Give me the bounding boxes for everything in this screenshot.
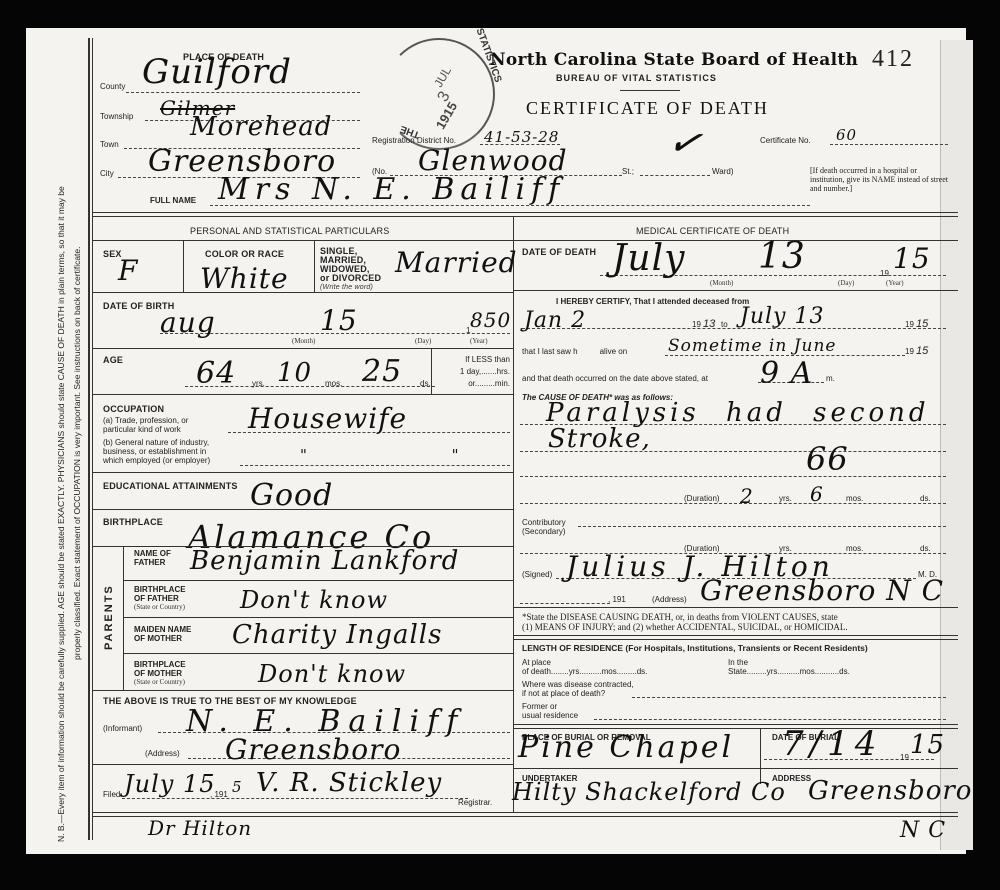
rule <box>513 240 958 241</box>
header-rule <box>620 90 680 91</box>
occupation-b-line <box>240 465 510 466</box>
undertaker-value: Hilty Shackelford Co <box>512 778 786 806</box>
less-than-label: If LESS than <box>436 354 510 366</box>
township-value: Morehead <box>190 112 332 142</box>
father-birthplace-value: Don't know <box>240 586 388 614</box>
father-name-label: NAME OF FATHER <box>134 549 171 567</box>
duration-ds-label: ds. <box>920 494 931 503</box>
burial-year-prefix: 19 <box>900 753 909 762</box>
medical-section-title: MEDICAL CERTIFICATE OF DEATH <box>636 226 789 236</box>
dob-day: 15 <box>320 304 358 337</box>
footnote-line1: *State the DISEASE CAUSING DEATH, or, in… <box>522 612 848 622</box>
rule <box>123 617 513 618</box>
bureau-title: BUREAU OF VITAL STATISTICS <box>556 73 717 83</box>
signed-label: (Signed) <box>522 570 552 579</box>
duration-years: 2 <box>740 484 754 508</box>
minutes-label: or.........min. <box>436 378 510 390</box>
death-year: 15 <box>893 242 931 275</box>
ds-label: ds. <box>420 379 431 388</box>
rule <box>123 653 513 654</box>
age-years: 64 <box>196 356 236 391</box>
county-value: Guilford <box>142 52 292 92</box>
hours-label: 1 day,.......hrs. <box>436 366 510 378</box>
marital-label-divorced: or DIVORCED <box>320 274 381 283</box>
occupation-a-line1: (a) Trade, profession, or <box>103 416 188 425</box>
education-value: Good <box>250 478 333 513</box>
mother-name-label: MAIDEN NAME OF MOTHER <box>134 625 191 643</box>
death-month: July <box>612 238 685 279</box>
rule <box>513 635 958 640</box>
rule <box>513 290 958 291</box>
residence-label: LENGTH OF RESIDENCE (For Hospitals, Inst… <box>522 643 868 653</box>
certificate-no-line <box>830 144 948 145</box>
sig-year-prefix: , 191 <box>608 595 626 604</box>
attended-from: Jan 2 <box>524 308 586 333</box>
divider <box>431 348 432 394</box>
file-number: 412 <box>872 46 914 73</box>
form-left-border-inner <box>92 38 93 840</box>
father-birthplace-label-line2: OF FATHER <box>134 594 186 603</box>
at-place-line1: At place <box>522 658 647 667</box>
birthplace-label: BIRTHPLACE <box>103 517 163 527</box>
certify-text: I HEREBY CERTIFY, That I attended deceas… <box>556 297 749 306</box>
race-label: COLOR OR RACE <box>205 249 284 259</box>
last-saw-alive: alive on <box>600 347 628 356</box>
contracted-line1: Where was disease contracted, <box>522 680 634 689</box>
mother-birthplace-label-line1: BIRTHPLACE <box>134 660 186 669</box>
occupation-value: Housewife <box>248 402 407 435</box>
mos-label: mos. <box>325 379 342 388</box>
duration-label: (Duration) <box>684 494 720 503</box>
filed-date: July 15 <box>124 770 215 798</box>
death-year-hint: (Year) <box>886 279 904 287</box>
divider <box>760 728 761 784</box>
rule <box>92 240 513 241</box>
occupation-b-labels: (b) General nature of industry, business… <box>103 438 210 465</box>
rule <box>513 607 958 608</box>
last-saw-year-prefix: 19 <box>905 347 914 356</box>
contrib-ds-label: ds. <box>920 544 931 553</box>
certificate-no-label: Certificate No. <box>760 136 811 145</box>
city-label: City <box>100 169 114 178</box>
occupation-a-line2: particular kind of work <box>103 425 188 434</box>
divider <box>314 240 315 292</box>
physician-address: Greensboro N C <box>700 574 944 607</box>
contributory-label-text: Contributory <box>522 518 566 527</box>
father-birthplace-label-line1: BIRTHPLACE <box>134 585 186 594</box>
last-saw-label: that I last saw halive on <box>522 347 627 356</box>
former-line <box>594 719 946 720</box>
mother-birthplace-label: BIRTHPLACE OF MOTHER (State or Country) <box>134 660 186 687</box>
father-label-line1: NAME OF <box>134 549 171 558</box>
burial-date-value: 7/14 <box>782 724 882 764</box>
last-saw-year: 15 <box>916 345 928 357</box>
rule <box>92 394 513 395</box>
death-time-label: and that death occurred on the date abov… <box>522 374 708 383</box>
mother-birthplace-label-line2: OF MOTHER <box>134 669 186 678</box>
mother-birthplace-hint: (State or Country) <box>134 678 186 687</box>
rule <box>92 764 513 765</box>
last-saw-date: Sometime in June <box>668 336 836 356</box>
secondary-label-text: (Secondary) <box>522 527 566 536</box>
filed-line <box>122 798 468 799</box>
st-label: St.; <box>622 167 634 176</box>
to-label: to <box>721 320 728 329</box>
death-time: 9 A <box>760 356 813 391</box>
occupation-a-labels: (a) Trade, profession, or particular kin… <box>103 416 188 434</box>
rule <box>92 292 513 293</box>
cause-code: 66 <box>806 440 849 478</box>
in-state-line1: In the <box>728 658 850 667</box>
cause-line-3 <box>520 476 946 477</box>
sig-date-line <box>520 603 610 604</box>
agency-title: North Carolina State Board of Health <box>490 50 858 70</box>
town-label: Town <box>100 140 119 149</box>
burial-year: 15 <box>910 730 945 760</box>
marital-labels: SINGLE, MARRIED, WIDOWED, or DIVORCED (W… <box>320 247 381 292</box>
occupation-b-line2: business, or establishment in <box>103 447 210 456</box>
divider <box>183 240 184 292</box>
informant-address-label: (Address) <box>145 749 180 758</box>
father-label-line2: FATHER <box>134 558 171 567</box>
filed-year: 5 <box>232 778 243 796</box>
death-day: 13 <box>758 236 806 277</box>
burial-place-value: Pine Chapel <box>518 730 734 765</box>
header-double-rule <box>92 212 958 217</box>
rule <box>513 768 958 769</box>
age-days: 25 <box>362 354 402 389</box>
undertaker-address-value: Greensboro <box>808 776 972 806</box>
contracted-line <box>632 697 946 698</box>
rule <box>92 472 513 473</box>
contrib-mos-label: mos. <box>846 544 863 553</box>
personal-section-title: PERSONAL AND STATISTICAL PARTICULARS <box>190 226 389 236</box>
meridiem-label: m. <box>826 374 835 383</box>
form-left-border <box>88 38 90 840</box>
in-the-state: In the State.........yrs..........mos...… <box>728 658 850 676</box>
rule <box>92 509 513 510</box>
side-note-line2: properly classified. Exact statement of … <box>72 246 82 660</box>
former-residence: Former or usual residence <box>522 702 578 720</box>
occupation-b-line1: (b) General nature of industry, <box>103 438 210 447</box>
rule <box>513 724 958 729</box>
date-of-death-label: DATE OF DEATH <box>522 247 596 257</box>
contributory-label: Contributory (Secondary) <box>522 518 566 536</box>
ward-label: Ward) <box>712 167 733 176</box>
dob-month-hint: (Month) <box>292 337 315 345</box>
last-saw-prefix: that I last saw h <box>522 347 578 356</box>
full-name-value: Mrs N. E. Bailiff <box>218 172 565 207</box>
at-place-of-death: At place of death........yrs..........mo… <box>522 658 647 676</box>
attended-from-year-prefix: 19 <box>692 320 701 329</box>
registrar-value: V. R. Stickley <box>256 768 442 798</box>
dob-year: 850 <box>470 308 511 332</box>
cause-footnote: *State the DISEASE CAUSING DEATH, or, in… <box>522 612 848 632</box>
duration-yrs-label: yrs. <box>779 494 792 503</box>
center-divider <box>513 216 514 812</box>
cause-line2: Stroke, <box>548 424 651 454</box>
at-place-line2: of death........yrs..........mos........… <box>522 667 647 676</box>
parents-label: PARENTS <box>103 584 115 650</box>
rule <box>92 690 513 691</box>
father-name-value: Benjamin Lankford <box>190 546 459 576</box>
dob-day-hint: (Day) <box>415 337 431 345</box>
attended-from-year: 13 <box>703 318 715 330</box>
contracted-line2: if not at place of death? <box>522 689 634 698</box>
education-label: EDUCATIONAL ATTAINMENTS <box>103 481 238 491</box>
mother-label-line2: OF MOTHER <box>134 634 191 643</box>
death-day-hint: (Day) <box>838 279 854 287</box>
death-year-prefix: 19 <box>880 269 889 278</box>
sex-value: F <box>118 254 138 287</box>
attended-to-year-prefix: 19 <box>905 320 914 329</box>
certificate-title: CERTIFICATE OF DEATH <box>526 98 769 119</box>
footnote-line2: (1) MEANS OF INJURY; and (2) whether ACC… <box>522 622 848 632</box>
full-name-label: FULL NAME <box>150 196 196 205</box>
duration-mos-label: mos. <box>846 494 863 503</box>
age-label: AGE <box>103 355 123 365</box>
attended-to-year: 15 <box>916 318 928 330</box>
rule <box>92 348 513 349</box>
side-note-line1: N. B.—Every item of information should b… <box>56 186 66 842</box>
yrs-label: yrs. <box>252 379 265 388</box>
duration-months: 6 <box>810 482 824 506</box>
mother-name-value: Charity Ingalls <box>232 620 442 650</box>
mother-label-line1: MAIDEN NAME <box>134 625 191 634</box>
parents-divider <box>123 546 124 690</box>
ward-line <box>640 175 710 176</box>
race-value: White <box>200 262 289 295</box>
undertaker-address-label: ADDRESS <box>772 774 811 783</box>
registrar-label: Registrar. <box>458 798 492 807</box>
filed-year-prefix: , 191 <box>210 790 228 799</box>
father-birthplace-label: BIRTHPLACE OF FATHER (State or Country) <box>134 585 186 612</box>
death-month-hint: (Month) <box>710 279 733 287</box>
marital-hint: (Write the word) <box>320 283 381 292</box>
contributory-line <box>578 526 946 527</box>
in-state-line2: State.........yrs..........mos..........… <box>728 667 850 676</box>
informant-label: (Informant) <box>103 724 142 733</box>
filed-label: Filed <box>103 790 120 799</box>
attended-to: July 13 <box>740 304 824 329</box>
hospital-note: [If death occurred in a hospital or inst… <box>810 166 952 193</box>
informant-address-value: Greensboro <box>225 733 401 766</box>
duration-line <box>520 503 946 504</box>
footer-annotation: Dr Hilton <box>148 816 252 840</box>
township-label: Township <box>100 112 133 121</box>
less-than-day-box: If LESS than 1 day,.......hrs. or.......… <box>436 354 510 390</box>
county-label: County <box>100 82 125 91</box>
age-months: 10 <box>277 358 312 388</box>
dob-year-hint: (Year) <box>470 337 488 345</box>
occupation-b-line3: which employed (or employer) <box>103 456 210 465</box>
former-line1: Former or <box>522 702 578 711</box>
former-line2: usual residence <box>522 711 578 720</box>
certificate-no-value: 60 <box>836 126 857 144</box>
county-line <box>126 92 360 93</box>
rule <box>123 580 513 581</box>
occupation-label: OCCUPATION <box>103 404 164 414</box>
marital-value: Married <box>395 246 518 279</box>
father-birthplace-hint: (State or Country) <box>134 603 186 612</box>
disease-contracted: Where was disease contracted, if not at … <box>522 680 634 698</box>
mother-birthplace-value: Don't know <box>258 660 406 688</box>
undertaker-address-state: N C <box>900 818 946 843</box>
dob-month: aug <box>160 306 216 339</box>
physician-address-label: (Address) <box>652 595 687 604</box>
occupation-b-value: " " <box>300 446 529 464</box>
